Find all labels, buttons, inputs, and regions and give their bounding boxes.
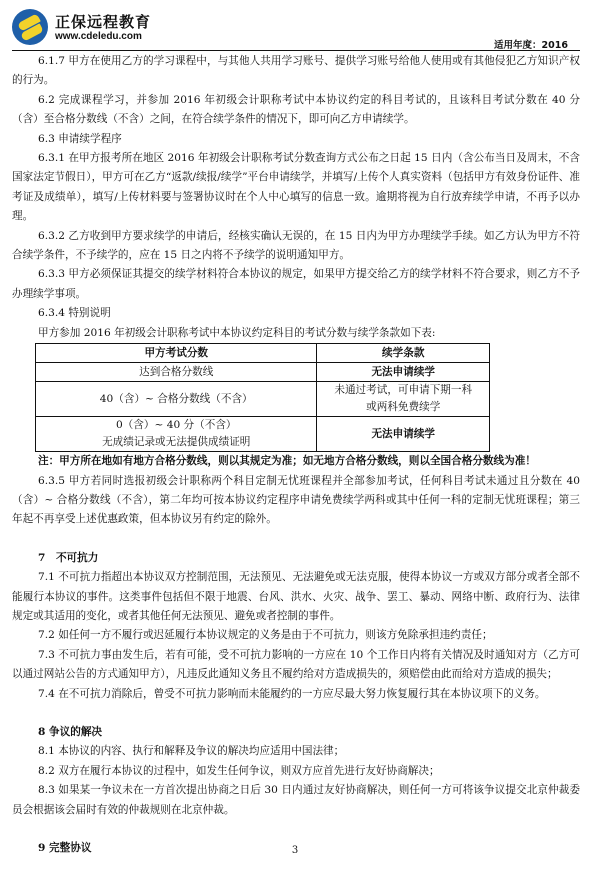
- spacer: [12, 820, 580, 839]
- policy-cell: 无法申请续学: [317, 417, 490, 452]
- clause-8-2: 8.2 双方在履行本协议的过程中，如发生任何争议，则双方应首先进行友好协商解决；: [12, 762, 580, 781]
- spacer: [12, 704, 580, 723]
- score-cell: 达到合格分数线: [36, 363, 317, 382]
- policy-line: 或两科免费续学: [321, 399, 485, 416]
- table-intro: 甲方参加 2016 年初级会计职称考试中本协议约定科目的考试分数与续学条款如下表…: [12, 324, 580, 343]
- clause-7-2: 7.2 如任何一方不履行或迟延履行本协议规定的义务是由于不可抗力，则该方免除承担…: [12, 626, 580, 645]
- policy-cell: 无法申请续学: [317, 363, 490, 382]
- clause-7-4: 7.4 在不可抗力消除后，曾受不可抗力影响而未能履约的一方应尽最大努力恢复履行其…: [12, 685, 580, 704]
- clause-6-3-3: 6.3.3 甲方必须保证其提交的续学材料符合本协议的规定，如果甲方提交给乙方的续…: [12, 265, 580, 304]
- spacer: [12, 530, 580, 549]
- score-policy-table: 甲方考试分数 续学条款 达到合格分数线 无法申请续学 40（含）~ 合格分数线（…: [35, 343, 490, 452]
- policy-cell: 未通过考试，可申请下期一科 或两科免费续学: [317, 382, 490, 417]
- page-header: 正保远程教育 www.cdeledu.com 适用年度：2016: [0, 0, 590, 50]
- logo-icon: [12, 9, 48, 45]
- clause-8-3: 8.3 如果某一争议未在一方首次提出协商之日后 30 日内通过友好协商解决，则任…: [12, 781, 580, 820]
- document-body: 6.1.7 甲方在使用乙方的学习课程中，与其他人共用学习账号、提供学习账号给他人…: [12, 52, 580, 858]
- score-line: 无成绩记录或无法提供成绩证明: [40, 434, 312, 451]
- table-header-row: 甲方考试分数 续学条款: [36, 344, 490, 363]
- score-cell: 0（含）~ 40 分（不含） 无成绩记录或无法提供成绩证明: [36, 417, 317, 452]
- clause-6-3: 6.3 申请续学程序: [12, 130, 580, 149]
- column-header-score: 甲方考试分数: [36, 344, 317, 363]
- policy-line: 未通过考试，可申请下期一科: [321, 382, 485, 399]
- clause-6-3-4: 6.3.4 特别说明: [12, 304, 580, 323]
- table-note: 注：甲方所在地如有地方合格分数线，则以其规定为准；如无地方合格分数线，则以全国合…: [12, 452, 580, 471]
- clause-6-3-1: 6.3.1 在甲方报考所在地区 2016 年初级会计职称考试分数查询方式公布之日…: [12, 149, 580, 227]
- section-7-title: 7 不可抗力: [12, 549, 580, 568]
- table-row: 40（含）~ 合格分数线（不含） 未通过考试，可申请下期一科 或两科免费续学: [36, 382, 490, 417]
- score-cell: 40（含）~ 合格分数线（不含）: [36, 382, 317, 417]
- brand-name: 正保远程教育: [55, 11, 151, 32]
- applicable-year: 适用年度：2016: [494, 37, 568, 51]
- column-header-policy: 续学条款: [317, 344, 490, 363]
- clause-6-3-5: 6.3.5 甲方若同时选报初级会计职称两个科目定制无忧班课程并全部参加考试，任何…: [12, 472, 580, 530]
- page-number: 3: [0, 845, 590, 856]
- clause-6-1-7: 6.1.7 甲方在使用乙方的学习课程中，与其他人共用学习账号、提供学习账号给他人…: [12, 52, 580, 91]
- clause-7-3: 7.3 不可抗力事由发生后，若有可能，受不可抗力影响的一方应在 10 个工作日内…: [12, 646, 580, 685]
- header-divider: [12, 50, 580, 51]
- clause-7-1: 7.1 不可抗力指超出本协议双方控制范围，无法预见、无法避免或无法克服，使得本协…: [12, 568, 580, 626]
- table-row: 达到合格分数线 无法申请续学: [36, 363, 490, 382]
- website-link[interactable]: www.cdeledu.com: [55, 31, 142, 42]
- clause-6-2: 6.2 完成课程学习，并参加 2016 年初级会计职称考试中本协议约定的科目考试…: [12, 91, 580, 130]
- clause-6-3-2: 6.3.2 乙方收到甲方要求续学的申请后，经核实确认无误的，在 15 日内为甲方…: [12, 227, 580, 266]
- table-row: 0（含）~ 40 分（不含） 无成绩记录或无法提供成绩证明 无法申请续学: [36, 417, 490, 452]
- score-line: 0（含）~ 40 分（不含）: [40, 417, 312, 434]
- section-8-title: 8 争议的解决: [12, 723, 580, 742]
- clause-8-1: 8.1 本协议的内容、执行和解释及争议的解决均应适用中国法律；: [12, 742, 580, 761]
